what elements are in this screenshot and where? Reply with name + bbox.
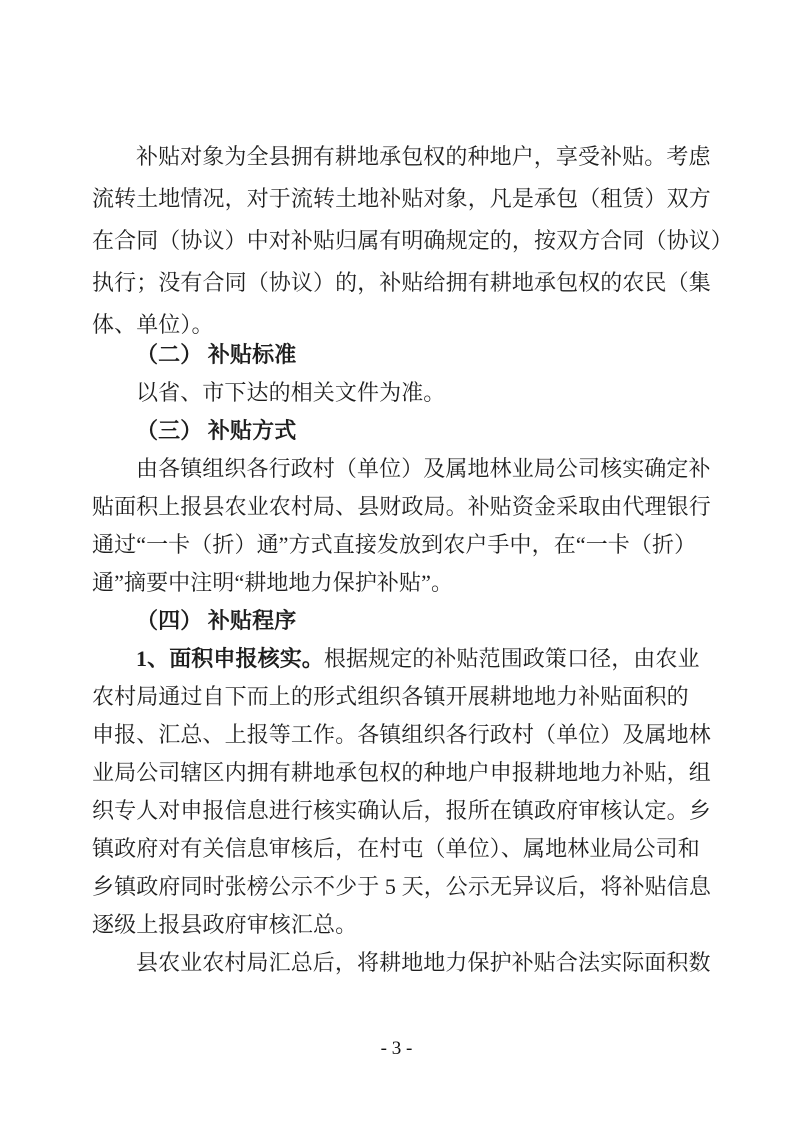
- bold-lead-area-declaration: 1、面积申报核实。: [136, 646, 324, 671]
- section-heading-subsidy-procedure: （四） 补贴程序: [92, 602, 714, 640]
- text-line: 补贴对象为全县拥有耕地承包权的种地户，享受补贴。考虑: [92, 136, 714, 178]
- paragraph-subsidy-targets: 补贴对象为全县拥有耕地承包权的种地户，享受补贴。考虑 流转土地情况，对于流转土地…: [92, 136, 714, 346]
- text-line: 织专人对申报信息进行核实确认后，报所在镇政府审核认定。乡: [92, 792, 714, 830]
- document-body: （二） 补贴标准 以省、市下达的相关文件为准。 （三） 补贴方式 由各镇组织各行…: [92, 336, 714, 982]
- text-line: 逐级上报县政府审核汇总。: [92, 906, 714, 944]
- text-line: 通过“一卡（折）通”方式直接发放到农户手中，在“一卡（折）: [92, 526, 714, 564]
- text-line: 由各镇组织各行政村（单位）及属地林业局公司核实确定补: [92, 450, 714, 488]
- page-number: - 3 -: [0, 1036, 793, 1062]
- text-line: 执行；没有合同（协议）的，补贴给拥有耕地承包权的农民（集: [92, 262, 714, 304]
- text-line: 流转土地情况，对于流转土地补贴对象，凡是承包（租赁）双方: [92, 178, 714, 220]
- text-line: 业局公司辖区内拥有耕地承包权的种地户申报耕地地力补贴，组: [92, 754, 714, 792]
- document-page: 补贴对象为全县拥有耕地承包权的种地户，享受补贴。考虑 流转土地情况，对于流转土地…: [0, 0, 793, 1122]
- text-line: 县农业农村局汇总后，将耕地地力保护补贴合法实际面积数: [92, 944, 714, 982]
- text-line: 通”摘要中注明“耕地地力保护补贴”。: [92, 564, 714, 602]
- section-heading-subsidy-standard: （二） 补贴标准: [92, 336, 714, 374]
- text-line: 农村局通过自下而上的形式组织各镇开展耕地地力补贴面积的: [92, 678, 714, 716]
- text-line: 镇政府对有关信息审核后，在村屯（单位）、属地林业局公司和: [92, 830, 714, 868]
- text-line: 以省、市下达的相关文件为准。: [92, 374, 714, 412]
- text-run: 根据规定的补贴范围政策口径，由农业: [324, 646, 700, 671]
- section-heading-subsidy-method: （三） 补贴方式: [92, 412, 714, 450]
- text-line: 乡镇政府同时张榜公示不少于 5 天，公示无异议后，将补贴信息: [92, 868, 714, 906]
- text-line: 在合同（协议）中对补贴归属有明确规定的，按双方合同（协议）: [92, 220, 714, 262]
- text-line: 申报、汇总、上报等工作。各镇组织各行政村（单位）及属地林: [92, 716, 714, 754]
- text-line: 贴面积上报县农业农村局、县财政局。补贴资金采取由代理银行: [92, 488, 714, 526]
- text-line: 1、面积申报核实。根据规定的补贴范围政策口径，由农业: [92, 640, 714, 678]
